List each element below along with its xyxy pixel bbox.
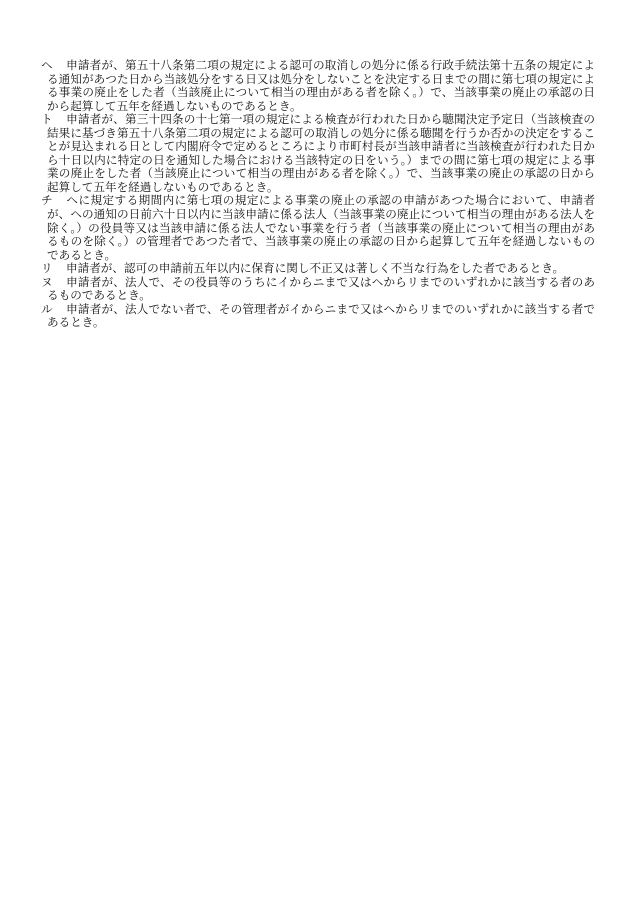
list-item-he: ヘ申請者が、第五十八条第二項の規定による認可の取消しの処分に係る行政手続法第十五… (41, 59, 595, 113)
item-marker: ル (41, 303, 66, 317)
item-marker: ト (41, 113, 66, 127)
list-item-ri: リ申請者が、認可の申請前五年以内に保育に関し不正又は著しく不当な行為をした者であ… (41, 262, 595, 276)
list-item-nu: ヌ申請者が、法人で、その役員等のうちにイからニまで又はヘからリまでのいずれかに該… (41, 276, 595, 303)
item-marker: チ (41, 194, 66, 208)
item-text: 申請者が、法人で、その役員等のうちにイからニまで又はヘからリまでのいずれかに該当… (47, 275, 595, 303)
item-text: 申請者が、第三十四条の十七第一項の規定による検査が行われた日から聴聞決定予定日（… (47, 112, 595, 194)
list-item-ru: ル申請者が、法人でない者で、その管理者がイからニまで又はヘからリまでのいずれかに… (41, 303, 595, 330)
item-marker: ヘ (41, 59, 66, 73)
item-text: 申請者が、法人でない者で、その管理者がイからニまで又はヘからリまでのいずれかに該… (47, 302, 595, 330)
item-marker: リ (41, 262, 66, 276)
item-text: 申請者が、第五十八条第二項の規定による認可の取消しの処分に係る行政手続法第十五条… (47, 58, 595, 113)
list-item-to: ト申請者が、第三十四条の十七第一項の規定による検査が行われた日から聴聞決定予定日… (41, 113, 595, 194)
document-page: ヘ申請者が、第五十八条第二項の規定による認可の取消しの処分に係る行政手続法第十五… (0, 0, 630, 903)
legal-text-block: ヘ申請者が、第五十八条第二項の規定による認可の取消しの処分に係る行政手続法第十五… (41, 59, 595, 330)
item-marker: ヌ (41, 276, 66, 290)
item-text: 申請者が、認可の申請前五年以内に保育に関し不正又は著しく不当な行為をした者である… (66, 261, 564, 275)
item-text: ヘに規定する期間内に第七項の規定による事業の廃止の承認の申請があつた場合において… (47, 193, 595, 261)
list-item-chi: チヘに規定する期間内に第七項の規定による事業の廃止の承認の申請があつた場合におい… (41, 194, 595, 262)
